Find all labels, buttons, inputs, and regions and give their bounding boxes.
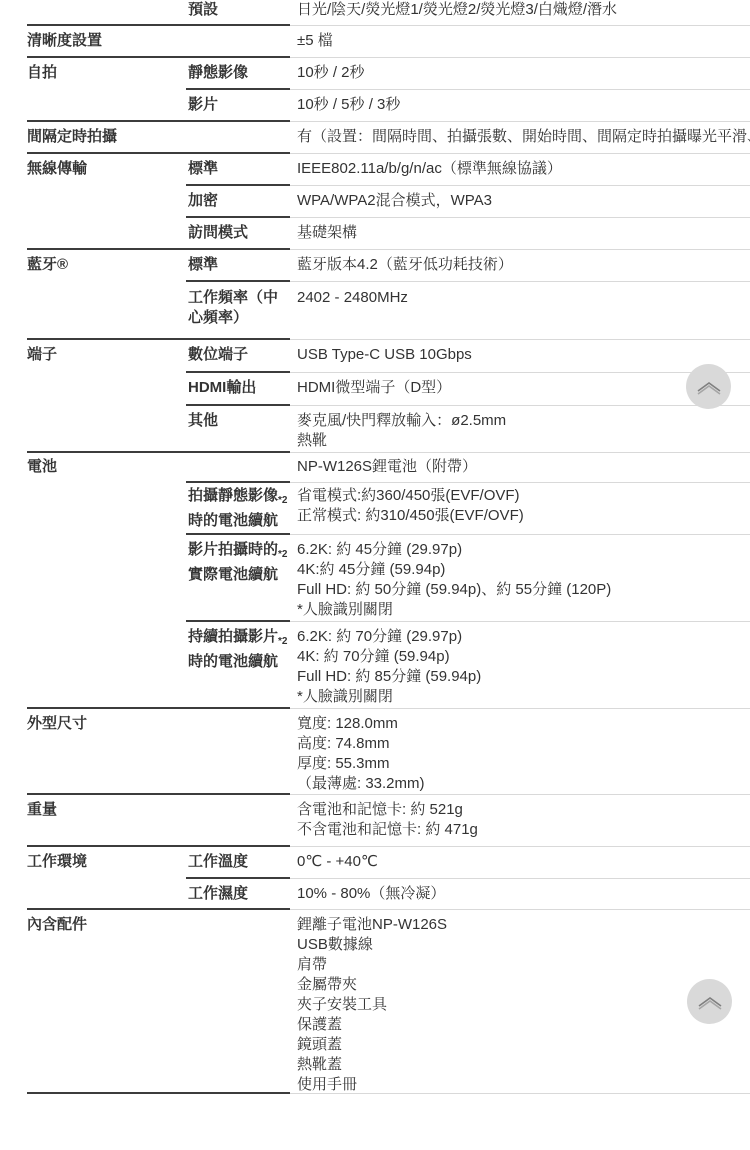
row-divider [0, 451, 750, 453]
sub-label: 標準 [188, 256, 218, 273]
row-divider [0, 845, 750, 847]
spec-category-label: 工作環境 [27, 852, 182, 872]
spec-value: 鋰離子電池NP-W126S USB數據線 肩帶 金屬帶夾 夾子安裝工具 保護蓋 … [297, 915, 750, 1095]
row-divider [0, 1092, 750, 1094]
spec-value: 10秒 / 5秒 / 3秒 [297, 95, 750, 115]
row-divider [0, 152, 750, 154]
sub-label: 工作濕度 [188, 885, 248, 902]
row-divider [0, 338, 750, 340]
spec-subcategory-label: 訪問模式 [188, 223, 290, 243]
spec-category-label: 外型尺寸 [27, 714, 182, 734]
spec-subcategory-label: 工作濕度 [188, 884, 290, 904]
chevron-up-icon [696, 991, 724, 1013]
spec-value: 含電池和記憶卡: 約 521g 不含電池和記憶卡: 約 471g [297, 800, 750, 840]
row-divider [0, 120, 750, 122]
spec-subcategory-label: 影片拍攝時的*2實際電池續航 [188, 540, 290, 585]
spec-subcategory-label: 工作頻率（中心頻率） [188, 288, 290, 328]
spec-value: 日光/陰天/熒光燈1/熒光燈2/熒光燈3/白熾燈/潛水 [297, 0, 750, 20]
spec-category-label: 清晰度設置 [27, 31, 182, 51]
row-divider [0, 620, 750, 622]
row-divider [0, 184, 750, 186]
row-divider [0, 793, 750, 795]
sub-label: 拍攝靜態影像 [188, 487, 278, 504]
sub-label: 標準 [188, 160, 218, 177]
sub-label: 影片 [188, 96, 218, 113]
spec-value: ±5 檔 [297, 31, 750, 51]
spec-subcategory-label: HDMI輸出 [188, 378, 290, 398]
row-divider [0, 216, 750, 218]
row-divider [0, 248, 750, 250]
row-divider [0, 280, 750, 282]
spec-category-label: 內含配件 [27, 915, 182, 935]
spec-subcategory-label: 影片 [188, 95, 290, 115]
spec-value: 麥克風/快門釋放輸入：ø2.5mm 熱靴 [297, 411, 750, 451]
chevron-up-icon [695, 376, 723, 398]
spec-value: NP-W126S鋰電池（附帶） [297, 457, 750, 477]
spec-subcategory-label: 數位端子 [188, 345, 290, 365]
spec-subcategory-label: 持續拍攝影片*2時的電池續航 [188, 627, 290, 672]
spec-value: 10秒 / 2秒 [297, 63, 750, 83]
row-divider [0, 481, 750, 483]
spec-value: 0℃ - +40℃ [297, 852, 750, 872]
sub-label: 靜態影像 [188, 64, 248, 81]
row-divider [0, 24, 750, 26]
spec-subcategory-label: 標準 [188, 255, 290, 275]
spec-value: 2402 - 2480MHz [297, 288, 750, 308]
spec-category-label: 無線傳輸 [27, 159, 182, 179]
row-divider [0, 877, 750, 879]
row-divider [0, 707, 750, 709]
sub-label: 工作頻率（中心頻率） [188, 289, 278, 326]
sub-label: HDMI輸出 [188, 379, 256, 396]
sub-footnote: *2 [278, 495, 287, 506]
sub-footnote: *2 [278, 636, 287, 647]
sub-label-2: 時的電池續航 [188, 511, 290, 531]
row-divider [0, 404, 750, 406]
spec-category-label: 端子 [27, 345, 182, 365]
spec-value: 10% - 80%（無冷凝） [297, 884, 750, 904]
spec-value: 省電模式:約360/450張(EVF/OVF) 正常模式: 約310/450張(… [297, 486, 750, 526]
row-divider [0, 371, 750, 373]
spec-value: 藍牙版本4.2（藍牙低功耗技術） [297, 255, 750, 275]
spec-subcategory-label: 工作溫度 [188, 852, 290, 872]
spec-category-label: 電池 [27, 457, 182, 477]
row-divider [0, 533, 750, 535]
sub-label: 數位端子 [188, 346, 248, 363]
spec-value: 有（設置：間隔時間、拍攝張數、開始時間、間隔定時拍攝曝光平滑、間隔優 [297, 127, 750, 147]
spec-category-label: 自拍 [27, 63, 182, 83]
spec-value: 6.2K: 約 70分鐘 (29.97p) 4K: 約 70分鐘 (59.94p… [297, 627, 750, 707]
row-divider [0, 88, 750, 90]
sub-label: 持續拍攝影片 [188, 628, 278, 645]
spec-subcategory-label: 靜態影像 [188, 63, 290, 83]
sub-label: 工作溫度 [188, 853, 248, 870]
sub-label-2: 實際電池續航 [188, 565, 290, 585]
row-divider [0, 908, 750, 910]
spec-category-label: 重量 [27, 800, 182, 820]
spec-subcategory-label: 加密 [188, 191, 290, 211]
spec-value: IEEE802.11a/b/g/n/ac（標準無線協議） [297, 159, 750, 179]
scroll-to-top-button[interactable] [686, 364, 731, 409]
sub-footnote: *2 [278, 549, 287, 560]
spec-value: 6.2K: 約 45分鐘 (29.97p) 4K:約 45分鐘 (59.94p)… [297, 540, 750, 620]
sub-label: 影片拍攝時的 [188, 541, 278, 558]
spec-subcategory-label: 拍攝靜態影像*2時的電池續航 [188, 486, 290, 531]
sub-label: 加密 [188, 192, 218, 209]
spec-value: 基礎架構 [297, 223, 750, 243]
spec-category-label: 間隔定時拍攝 [27, 127, 182, 147]
spec-subcategory-label: 預設 [188, 0, 290, 25]
spec-value: 寬度: 128.0mm 高度: 74.8mm 厚度: 55.3mm （最薄處: … [297, 714, 750, 794]
sub-label: 其他 [188, 412, 218, 429]
spec-value: USB Type-C USB 10Gbps [297, 345, 750, 365]
spec-subcategory-label: 標準 [188, 159, 290, 179]
spec-sheet-page: 預設 日光/陰天/熒光燈1/熒光燈2/熒光燈3/白熾燈/潛水 清晰度設置 ±5 … [0, 0, 750, 1150]
sub-label: 預設 [188, 1, 218, 18]
sub-label: 訪問模式 [188, 224, 248, 241]
scroll-to-top-button[interactable] [687, 979, 732, 1024]
spec-value: HDMI微型端子（D型） [297, 378, 750, 398]
spec-category-label: 藍牙® [27, 255, 182, 275]
spec-value: WPA/WPA2混合模式，WPA3 [297, 191, 750, 211]
row-divider [0, 56, 750, 58]
spec-subcategory-label: 其他 [188, 411, 290, 431]
sub-label-2: 時的電池續航 [188, 652, 290, 672]
